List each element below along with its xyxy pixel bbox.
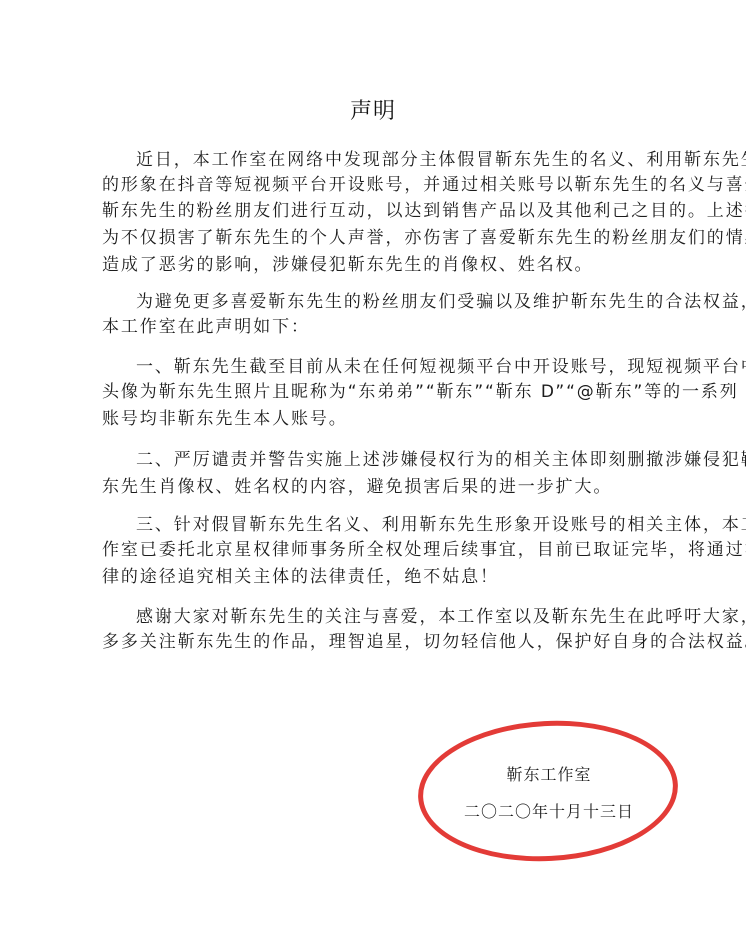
statement-document: 声明 近日，本工作室在网络中发现部分主体假冒靳东先生的名义、利用靳东先生 的形象… bbox=[0, 0, 746, 927]
document-title: 声明 bbox=[0, 98, 746, 126]
paragraph-1-line-5: 造成了恶劣的影响，涉嫌侵犯靳东先生的肖像权、姓名权。 bbox=[102, 255, 647, 275]
paragraph-6-line-2: 多多关注靳东先生的作品，理智追星，切勿轻信他人，保护好自身的合法权益。 bbox=[102, 632, 647, 652]
signature-date: 二〇二〇年十月十三日 bbox=[418, 802, 680, 822]
paragraph-1-line-4: 为不仅损害了靳东先生的个人声誉，亦伤害了喜爱靳东先生的粉丝朋友们的情感， bbox=[102, 228, 647, 248]
red-circle-annotation bbox=[415, 714, 682, 867]
paragraph-6-line-1: 感谢大家对靳东先生的关注与喜爱，本工作室以及靳东先生在此呼吁大家， bbox=[136, 607, 681, 627]
paragraph-5-line-3: 律的途径追究相关主体的法律责任，绝不姑息！ bbox=[102, 567, 647, 587]
paragraph-3-line-3: 账号均非靳东先生本人账号。 bbox=[102, 409, 647, 429]
paragraph-2-line-1: 为避免更多喜爱靳东先生的粉丝朋友们受骗以及维护靳东先生的合法权益， bbox=[136, 292, 681, 312]
signature-issuer: 靳东工作室 bbox=[418, 765, 680, 785]
paragraph-5-line-2: 作室已委托北京星权律师事务所全权处理后续事宜，目前已取证完毕，将通过法 bbox=[102, 540, 647, 560]
paragraph-4-line-1: 二、严厉谴责并警告实施上述涉嫌侵权行为的相关主体即刻删撤涉嫌侵犯靳 bbox=[136, 450, 681, 470]
paragraph-2-line-2: 本工作室在此声明如下： bbox=[102, 317, 647, 337]
paragraph-3-line-1: 一、靳东先生截至目前从未在任何短视频平台中开设账号，现短视频平台中 bbox=[136, 357, 681, 377]
paragraph-4-line-2: 东先生肖像权、姓名权的内容，避免损害后果的进一步扩大。 bbox=[102, 477, 647, 497]
paragraph-1-line-2: 的形象在抖音等短视频平台开设账号，并通过相关账号以靳东先生的名义与喜爱 bbox=[102, 175, 647, 195]
paragraph-1-line-1: 近日，本工作室在网络中发现部分主体假冒靳东先生的名义、利用靳东先生 bbox=[136, 150, 681, 170]
paragraph-3-line-2: 头像为靳东先生照片且昵称为“东弟弟”“靳东”“靳东 D”“@靳东”等的一系列 bbox=[102, 382, 647, 402]
paragraph-1-line-3: 靳东先生的粉丝朋友们进行互动，以达到销售产品以及其他利己之目的。上述行 bbox=[102, 201, 647, 221]
paragraph-5-line-1: 三、针对假冒靳东先生名义、利用靳东先生形象开设账号的相关主体，本工 bbox=[136, 515, 681, 535]
